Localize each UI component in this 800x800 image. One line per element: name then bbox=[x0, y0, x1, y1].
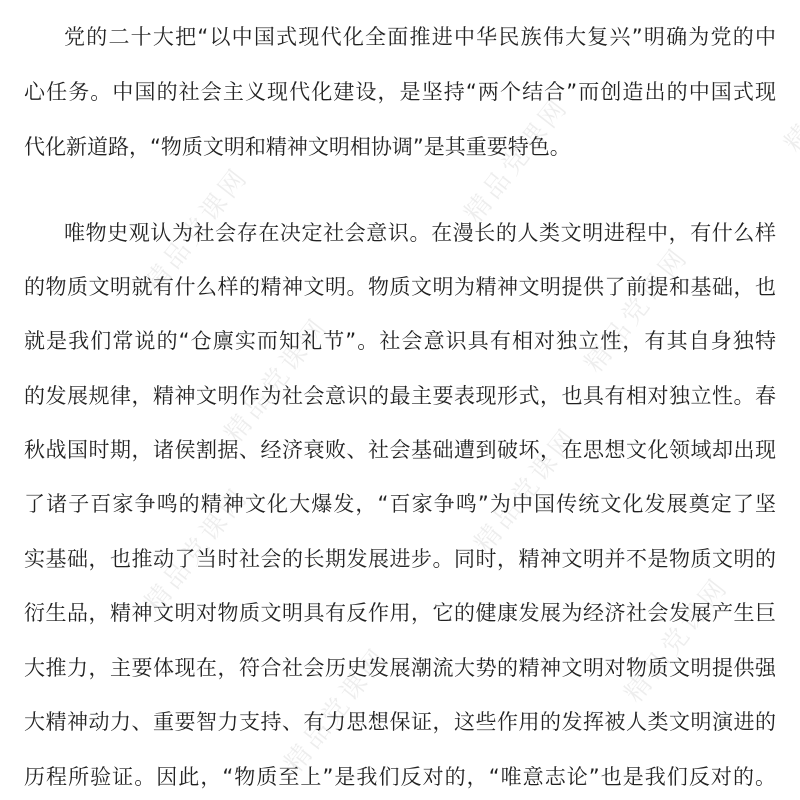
document-page: 党的二十大把“以中国式现代化全面推进中华民族伟大复兴”明确为党的中 心任务。中国… bbox=[0, 0, 800, 800]
paragraph-1-line-3: 代化新道路，“物质文明和精神文明相协调”是其重要特色。 bbox=[24, 132, 776, 162]
paragraph-2-line-7: 实基础，也推动了当时社会的长期发展进步。同时，精神文明并不是物质文明的 bbox=[24, 544, 776, 574]
paragraph-2-line-2: 的物质文明就有什么样的精神文明。物质文明为精神文明提供了前提和基础，也 bbox=[24, 272, 776, 302]
paragraph-2-line-10: 大精神动力、重要智力支持、有力思想保证，这些作用的发挥被人类文明演进的 bbox=[24, 707, 776, 737]
paragraph-2-line-11: 历程所验证。因此，“物质至上”是我们反对的，“唯意志论”也是我们反对的。 bbox=[24, 762, 776, 792]
paragraph-2-line-3: 就是我们常说的“仓廪实而知礼节”。社会意识具有相对独立性，有其自身独特 bbox=[24, 326, 776, 356]
paragraph-1-line-1: 党的二十大把“以中国式现代化全面推进中华民族伟大复兴”明确为党的中 bbox=[64, 22, 776, 52]
paragraph-2-line-1: 唯物史观认为社会存在决定社会意识。在漫长的人类文明进程中，有什么样 bbox=[64, 218, 776, 248]
paragraph-2-line-4: 的发展规律，精神文明作为社会意识的最主要表现形式，也具有相对独立性。春 bbox=[24, 381, 776, 411]
watermark: 精品党课网 bbox=[614, 568, 736, 709]
paragraph-2-line-6: 了诸子百家争鸣的精神文化大爆发，“百家争鸣”为中国传统文化发展奠定了坚 bbox=[24, 489, 776, 519]
watermark: 精品党课网 bbox=[574, 238, 696, 379]
paragraph-1-line-2: 心任务。中国的社会主义现代化建设，是坚持“两个结合”而创造出的中国式现 bbox=[24, 77, 776, 107]
paragraph-2-line-8: 衍生品，精神文明对物质文明具有反作用，它的健康发展为经济社会发展产生巨 bbox=[24, 598, 776, 628]
paragraph-2-line-9: 大推力，主要体现在，符合社会历史发展潮流大势的精神文明对物质文明提供强 bbox=[24, 653, 776, 683]
watermark: 精品党课网 bbox=[774, 18, 800, 159]
paragraph-2-line-5: 秋战国时期，诸侯割据、经济衰败、社会基础遭到破坏，在思想文化领域却出现 bbox=[24, 435, 776, 465]
